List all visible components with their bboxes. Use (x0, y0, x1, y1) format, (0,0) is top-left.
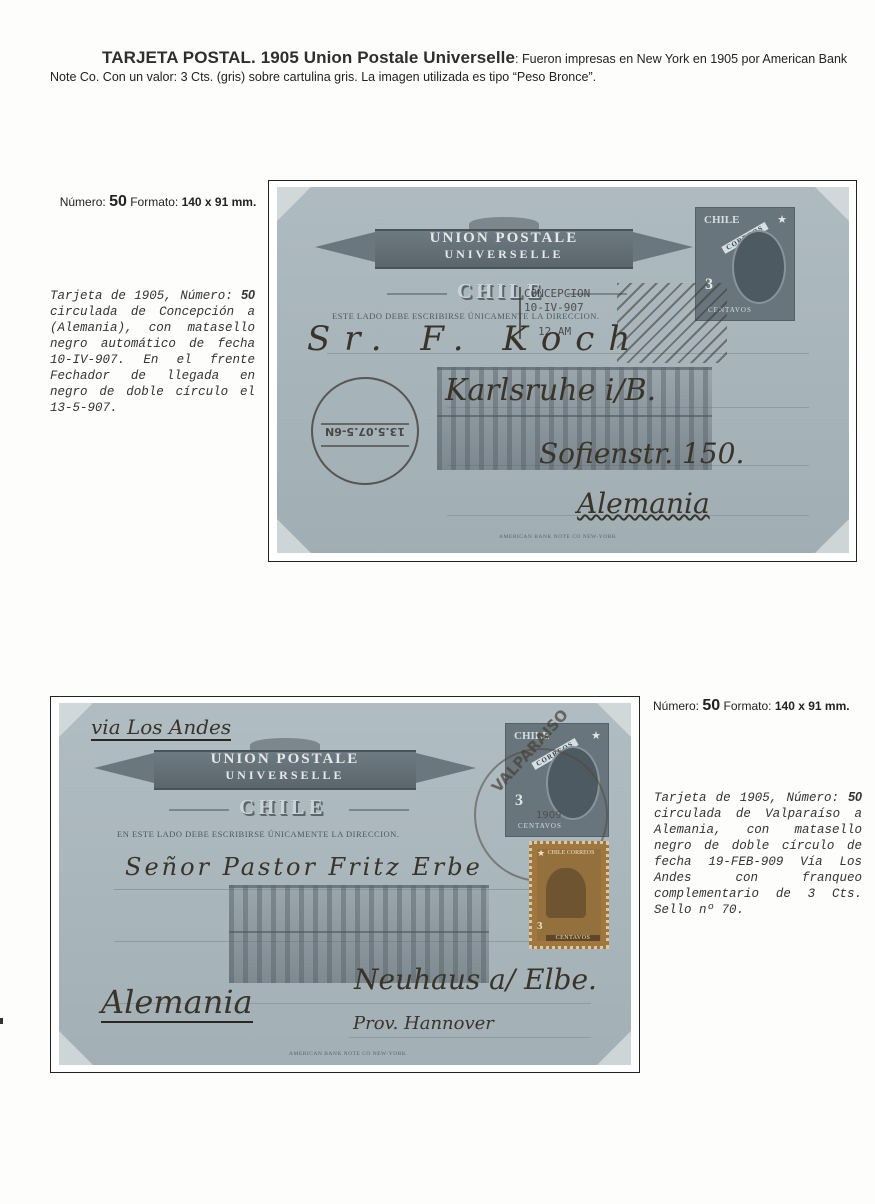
address-line-3: Prov. Hannover (353, 1013, 494, 1034)
formato-value: 140 x 91 mm. (182, 195, 257, 209)
desc-text: circulada de Concepción a (Alemania), co… (50, 305, 255, 415)
stamp-portrait (546, 868, 586, 918)
stamp-value: 3 (537, 920, 543, 932)
banner-line-1: UNION POSTALE (94, 751, 476, 768)
banner-line-1: UNION POSTALE (315, 230, 693, 247)
photo-corner (597, 1031, 631, 1065)
address-line (349, 1037, 591, 1038)
address-line-1: Sr. F. Koch (307, 319, 644, 359)
adhesive-stamp: ★ CHILE CORREOS 3 CENTAVOS (529, 841, 609, 949)
address-line-4: Alemania (577, 487, 710, 520)
postmark-town: VALPARAISO (488, 706, 572, 796)
desc-text: Tarjeta de 1905, Número: (654, 791, 848, 805)
formato-value: 140 x 91 mm. (775, 699, 850, 713)
desc-text: Tarjeta de 1905, Número: (50, 289, 241, 303)
numero-value: 50 (109, 193, 127, 210)
stamp-unit: CENTAVOS (546, 935, 600, 941)
formato-label: Formato: (724, 699, 772, 713)
arrival-postmark: 13.5.07.5-6N (311, 377, 419, 485)
upu-banner: UNION POSTALE UNIVERSELLE (315, 229, 693, 265)
numero-value: 50 (702, 697, 720, 714)
postmark-date: 10-IV-907 (524, 301, 590, 315)
postal-card: via Los Andes UNION POSTALE UNIVERSELLE … (59, 703, 631, 1065)
page-title: TARJETA POSTAL. 1905 Union Postale Unive… (102, 48, 515, 67)
address-line-1: Señor Pastor Fritz Erbe (125, 853, 483, 881)
country-name: CHILE (239, 795, 327, 820)
printer-imprint: AMERICAN BANK NOTE CO NEW-YORK (289, 1051, 406, 1057)
upu-banner: UNION POSTALE UNIVERSELLE (94, 750, 476, 786)
postmark-town: CONCEPCION (524, 287, 590, 301)
rule (387, 293, 447, 295)
stamp-country: CHILE CORREOS (542, 850, 600, 856)
star-icon: ★ (777, 213, 787, 226)
photo-corner (277, 519, 311, 553)
address-line-4: Alemania (101, 983, 253, 1023)
banner-line-2: UNIVERSELLE (315, 247, 693, 262)
photo-corner (277, 187, 311, 221)
numero-label: Número: (653, 699, 699, 713)
desc-number: 50 (241, 288, 255, 302)
item-1-description: Tarjeta de 1905, Número: 50 circulada de… (50, 287, 255, 416)
formato-label: Formato: (130, 195, 178, 209)
address-line-3: Sofienstr. 150. (539, 437, 744, 470)
address-line-2: Neuhaus a/ Elbe. (354, 963, 597, 996)
postal-card: UNION POSTALE UNIVERSELLE CHILE ESTE LAD… (277, 187, 849, 553)
postmark-year: 1909 (536, 810, 561, 821)
address-instruction: EN ESTE LADO DEBE ESCRIBIRSE ÚNICAMENTE … (117, 829, 399, 839)
desc-text: circulada de Valparaíso a Alemania, con … (654, 807, 862, 917)
item-2-card-frame: via Los Andes UNION POSTALE UNIVERSELLE … (50, 696, 640, 1073)
photo-corner (815, 519, 849, 553)
item-2-description: Tarjeta de 1905, Número: 50 circulada de… (654, 789, 862, 918)
item-2-meta: Número: 50 Formato: 140 x 91 mm. (653, 698, 853, 714)
photo-corner (59, 703, 93, 737)
banner-line-2: UNIVERSELLE (94, 768, 476, 783)
stamp-country: CHILE (704, 214, 739, 226)
photo-corner (815, 187, 849, 221)
item-1-meta: Número: 50 Formato: 140 x 91 mm. (58, 194, 258, 210)
photo-corner (59, 1031, 93, 1065)
postmark-date: 13.5.07.5-6N (313, 425, 417, 438)
printer-imprint: AMERICAN BANK NOTE CO NEW-YORK (499, 534, 616, 540)
star-icon: ★ (591, 729, 601, 742)
portrait-oval (732, 230, 786, 304)
page-header: TARJETA POSTAL. 1905 Union Postale Unive… (50, 49, 865, 86)
rule (349, 809, 409, 811)
numero-label: Número: (60, 195, 106, 209)
address-line-2: Karlsruhe i/B. (445, 373, 656, 408)
scan-artifact (0, 1018, 3, 1024)
routing-note: via Los Andes (91, 715, 231, 741)
item-1-card-frame: UNION POSTALE UNIVERSELLE CHILE ESTE LAD… (268, 180, 857, 562)
desc-number: 50 (848, 790, 862, 804)
rule (169, 809, 229, 811)
